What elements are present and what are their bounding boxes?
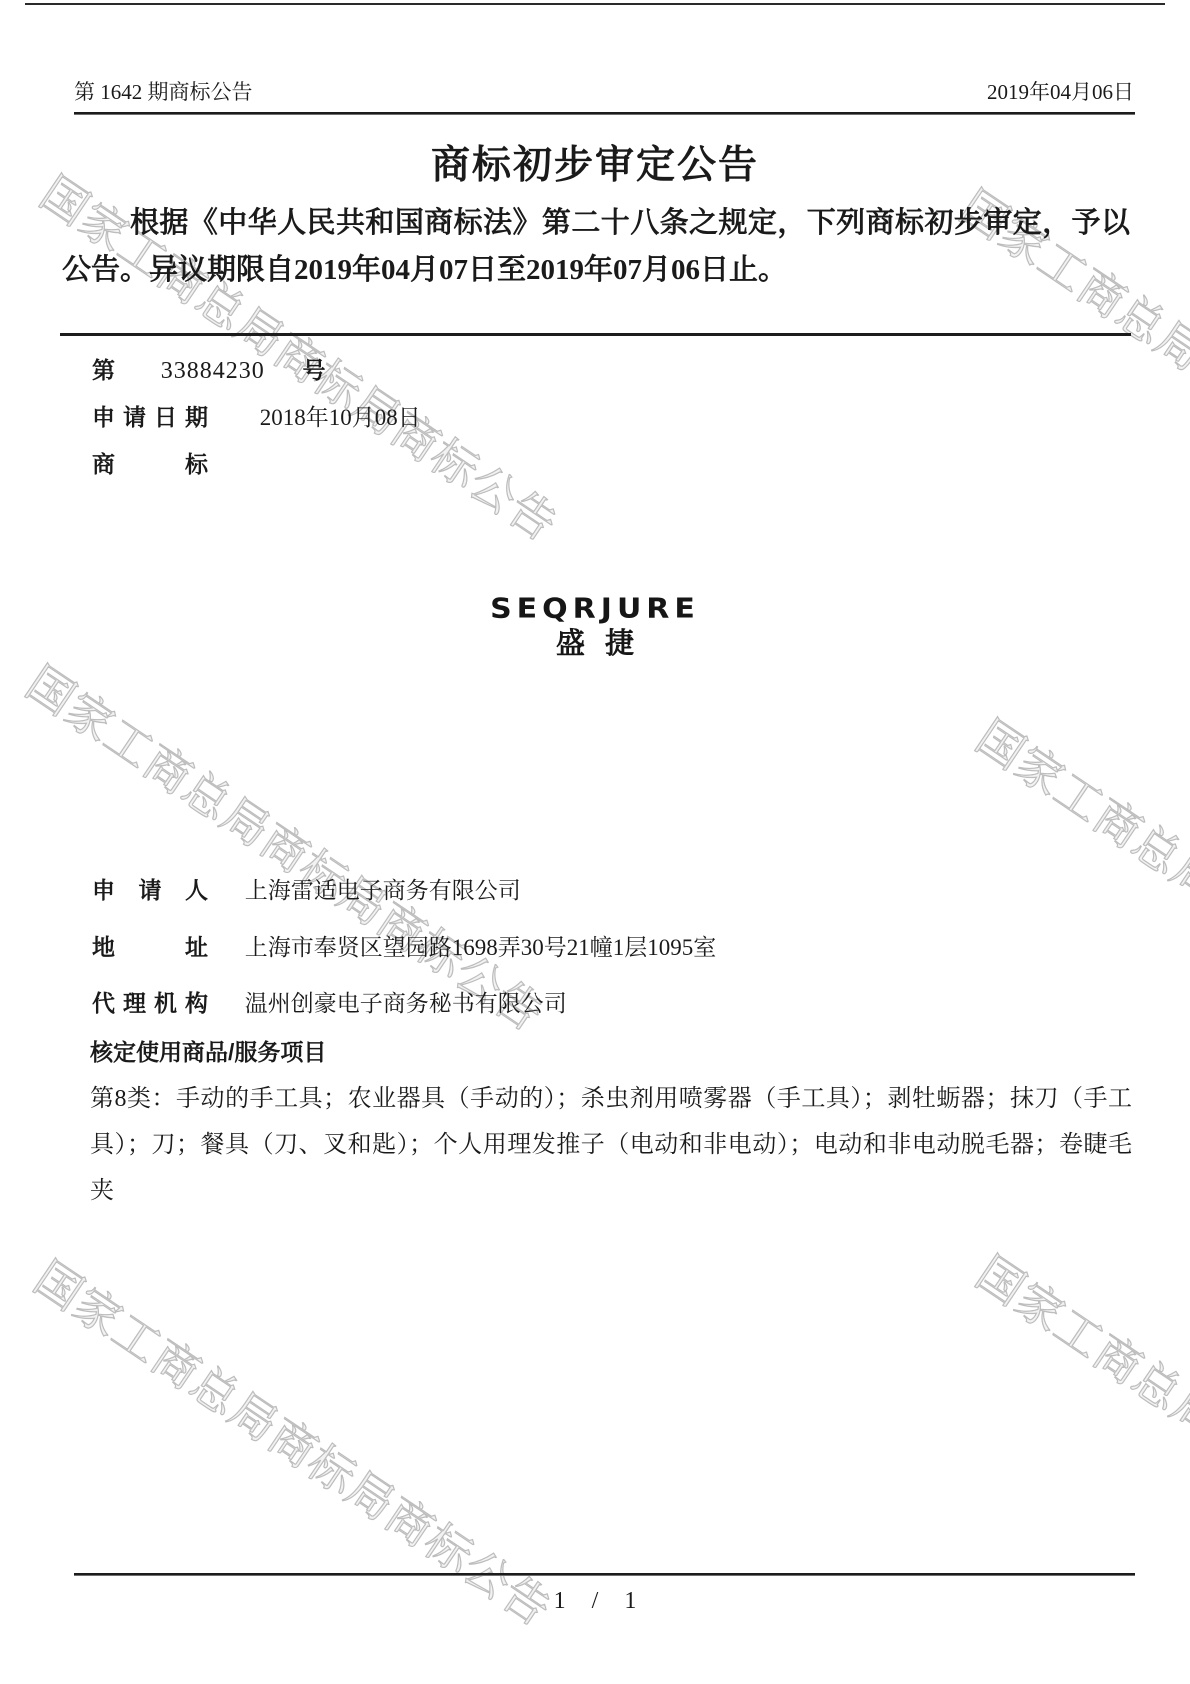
trademark-label-row: 商标 <box>92 446 208 479</box>
footer-rule <box>74 1573 1135 1576</box>
trademark-label: 商标 <box>92 446 208 479</box>
page-number: 1/1 <box>0 1588 1190 1615</box>
applicant-label: 申请人 <box>92 872 208 905</box>
registration-number-row: 第 33884230 号 <box>92 352 326 385</box>
section-divider-rule <box>60 333 1131 336</box>
agency-value: 温州创豪电子商务秘书有限公司 <box>245 985 567 1018</box>
running-header: 第 1642 期商标公告 2019年04月06日 <box>74 76 1134 106</box>
page-current: 1 <box>554 1588 566 1614</box>
trademark-image: SEQRJURE 盛捷 <box>0 594 1190 658</box>
goods-heading: 核定使用商品/服务项目 <box>90 1034 326 1067</box>
goods-content: 第8类：手动的手工具；农业器具（手动的）；杀虫剂用喷雾器（手工具）；剥牡蛎器；抹… <box>90 1076 1132 1214</box>
number-suffix-label: 号 <box>303 352 326 385</box>
page-top-border <box>25 3 1165 5</box>
gazette-page: 国家工商总局商标局商标公告 国家工商总局商标局商标公告 国家工商总局商标局商标公… <box>0 0 1190 1684</box>
agency-row: 代理机构 温州创豪电子商务秘书有限公司 <box>92 985 567 1018</box>
page-total: 1 <box>624 1588 636 1614</box>
number-prefix-label: 第 <box>92 352 115 385</box>
applicant-value: 上海雷适电子商务有限公司 <box>245 872 521 905</box>
agency-label: 代理机构 <box>92 985 208 1018</box>
address-value: 上海市奉贤区望园路1698弄30号21幢1层1095室 <box>245 929 717 962</box>
gazette-date-label: 2019年04月06日 <box>987 76 1134 106</box>
address-row: 地址 上海市奉贤区望园路1698弄30号21幢1层1095室 <box>92 929 716 962</box>
page-separator: / <box>592 1588 599 1614</box>
trademark-latin-text: SEQRJURE <box>0 595 1190 623</box>
applicant-row: 申请人 上海雷适电子商务有限公司 <box>92 872 521 905</box>
page-title: 商标初步审定公告 <box>0 134 1190 190</box>
application-date-row: 申请日期 2018年10月08日 <box>92 399 421 432</box>
intro-paragraph: 根据《中华人民共和国商标法》第二十八条之规定，下列商标初步审定，予以公告。异议期… <box>62 200 1130 294</box>
registration-number-value: 33884230 <box>161 358 265 385</box>
watermark-bottom-left: 国家工商总局商标局商标公告 <box>23 1243 566 1639</box>
application-date-value: 2018年10月08日 <box>260 399 421 432</box>
gazette-issue-label: 第 1642 期商标公告 <box>74 76 253 106</box>
address-label: 地址 <box>92 929 208 962</box>
watermark-mid-right: 国家工商总局商标局商标公告 <box>965 702 1190 1098</box>
trademark-chinese-text: 盛捷 <box>0 628 1190 658</box>
application-date-label: 申请日期 <box>92 399 208 432</box>
header-rule <box>74 112 1135 115</box>
